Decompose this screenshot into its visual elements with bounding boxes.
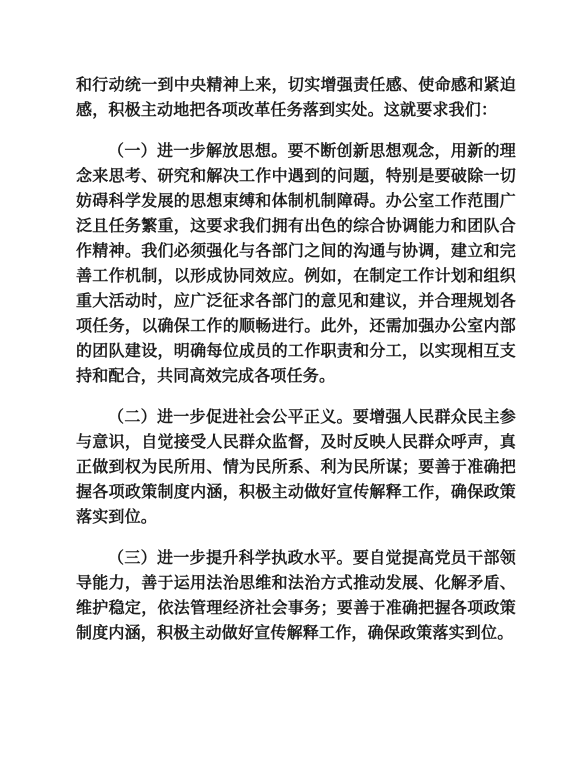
paragraph-intro-continuation: 和行动统一到中央精神上来，切实增强责任感、使命感和紧迫感，积极主动地把各项改革任… — [76, 73, 516, 123]
document-page: 和行动统一到中央精神上来，切实增强责任感、使命感和紧迫感，积极主动地把各项改革任… — [0, 0, 586, 759]
paragraph-section-1-liberate-thinking: （一）进一步解放思想。要不断创新思想观念，用新的理念来思考、研究和解决工作中遇到… — [76, 139, 516, 389]
paragraph-section-3-scientific-governance: （三）进一步提升科学执政水平。要自觉提高党员干部领导能力，善于运用法治思维和法治… — [76, 546, 516, 646]
document-body: 和行动统一到中央精神上来，切实增强责任感、使命感和紧迫感，积极主动地把各项改革任… — [76, 73, 516, 646]
paragraph-section-2-social-fairness: （二）进一步促进社会公平正义。要增强人民群众民主参与意识，自觉接受人民群众监督，… — [76, 405, 516, 530]
